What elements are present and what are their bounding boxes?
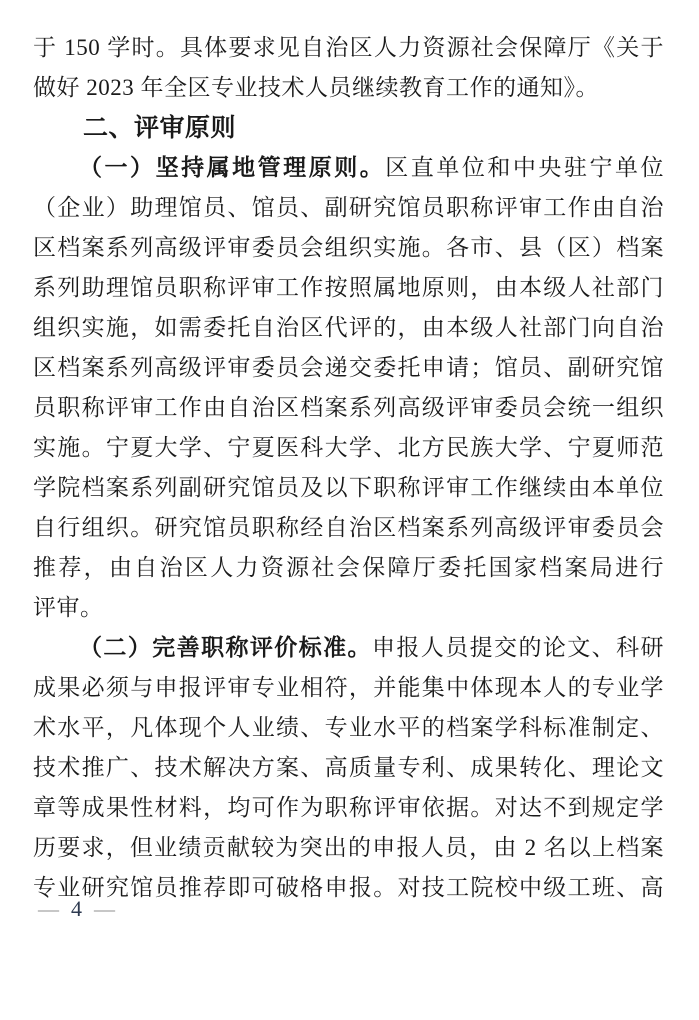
body-text: 推荐，由自治区人力资源社会保障厅委托国家档案局进行 xyxy=(33,555,664,580)
text-line: 技术推广、技术解决方案、高质量专利、成果转化、理论文 xyxy=(33,748,664,788)
body-text: 术水平，凡体现个人业绩、专业水平的档案学科标准制定、 xyxy=(33,715,664,740)
section-heading: 二、评审原则 xyxy=(33,108,664,148)
body-text: 做好 2023 年全区专业技术人员继续教育工作的通知》。 xyxy=(33,75,599,100)
footer-dash-left: — xyxy=(38,897,59,922)
emphasis-text: （二）完善职称评价标准。 xyxy=(79,635,372,660)
document-page: 于 150 学时。具体要求见自治区人力资源社会保障厅《关于做好 2023 年全区… xyxy=(0,0,699,1020)
body-text: 系列助理馆员职称评审工作按照属地原则，由本级人社部门 xyxy=(33,275,664,300)
body-text: 章等成果性材料，均可作为职称评审依据。对达不到规定学 xyxy=(33,795,664,820)
body-text: 技术推广、技术解决方案、高质量专利、成果转化、理论文 xyxy=(33,755,664,780)
text-line: 于 150 学时。具体要求见自治区人力资源社会保障厅《关于 xyxy=(33,28,664,68)
body-text: （企业）助理馆员、馆员、副研究馆员职称评审工作由自治 xyxy=(33,195,664,220)
text-line: 推荐，由自治区人力资源社会保障厅委托国家档案局进行 xyxy=(33,548,664,588)
body-text: 申报人员提交的论文、科研 xyxy=(372,635,664,660)
body-text: 员职称评审工作由自治区档案系列高级评审委员会统一组织 xyxy=(33,395,664,420)
text-line: 区档案系列高级评审委员会递交委托申请；馆员、副研究馆 xyxy=(33,348,664,388)
text-line: 历要求，但业绩贡献较为突出的申报人员，由 2 名以上档案 xyxy=(33,828,664,868)
text-line: （企业）助理馆员、馆员、副研究馆员职称评审工作由自治 xyxy=(33,188,664,228)
body-text: 区直单位和中央驻宁单位 xyxy=(385,155,664,180)
text-line: （二）完善职称评价标准。申报人员提交的论文、科研 xyxy=(33,628,664,668)
body-text: 区档案系列高级评审委员会组织实施。各市、县（区）档案 xyxy=(33,235,664,260)
text-line: 系列助理馆员职称评审工作按照属地原则，由本级人社部门 xyxy=(33,268,664,308)
text-line: 学院档案系列副研究馆员及以下职称评审工作继续由本单位 xyxy=(33,468,664,508)
text-line: 自行组织。研究馆员职称经自治区档案系列高级评审委员会 xyxy=(33,508,664,548)
body-text: 专业研究馆员推荐即可破格申报。对技工院校中级工班、高 xyxy=(33,875,664,900)
body-text: 成果必须与申报评审专业相符，并能集中体现本人的专业学 xyxy=(33,675,664,700)
text-line: 区档案系列高级评审委员会组织实施。各市、县（区）档案 xyxy=(33,228,664,268)
text-line: 专业研究馆员推荐即可破格申报。对技工院校中级工班、高 xyxy=(33,868,664,908)
text-line: 实施。宁夏大学、宁夏医科大学、北方民族大学、宁夏师范 xyxy=(33,428,664,468)
text-line: 员职称评审工作由自治区档案系列高级评审委员会统一组织 xyxy=(33,388,664,428)
body-text: 实施。宁夏大学、宁夏医科大学、北方民族大学、宁夏师范 xyxy=(33,435,664,460)
body-text: 于 150 学时。具体要求见自治区人力资源社会保障厅《关于 xyxy=(33,35,664,60)
text-line: 章等成果性材料，均可作为职称评审依据。对达不到规定学 xyxy=(33,788,664,828)
text-line: 术水平，凡体现个人业绩、专业水平的档案学科标准制定、 xyxy=(33,708,664,748)
text-line: 组织实施，如需委托自治区代评的，由本级人社部门向自治 xyxy=(33,308,664,348)
emphasis-text: 二、评审原则 xyxy=(83,114,236,142)
body-text: 学院档案系列副研究馆员及以下职称评审工作继续由本单位 xyxy=(33,475,664,500)
body-text: 组织实施，如需委托自治区代评的，由本级人社部门向自治 xyxy=(33,315,664,340)
body-text: 区档案系列高级评审委员会递交委托申请；馆员、副研究馆 xyxy=(33,355,664,380)
body-text: 历要求，但业绩贡献较为突出的申报人员，由 2 名以上档案 xyxy=(33,835,664,860)
body-text: 自行组织。研究馆员职称经自治区档案系列高级评审委员会 xyxy=(33,515,664,540)
text-line: 做好 2023 年全区专业技术人员继续教育工作的通知》。 xyxy=(33,68,664,108)
text-line: 评审。 xyxy=(33,588,664,628)
footer-page-number: 4 xyxy=(71,896,82,922)
page-footer: — 4 — xyxy=(38,893,115,925)
emphasis-text: （一）坚持属地管理原则。 xyxy=(79,155,385,180)
document-body: 于 150 学时。具体要求见自治区人力资源社会保障厅《关于做好 2023 年全区… xyxy=(33,28,664,908)
text-line: （一）坚持属地管理原则。区直单位和中央驻宁单位 xyxy=(33,148,664,188)
footer-dash-right: — xyxy=(94,897,115,922)
text-line: 成果必须与申报评审专业相符，并能集中体现本人的专业学 xyxy=(33,668,664,708)
body-text: 评审。 xyxy=(33,595,104,620)
